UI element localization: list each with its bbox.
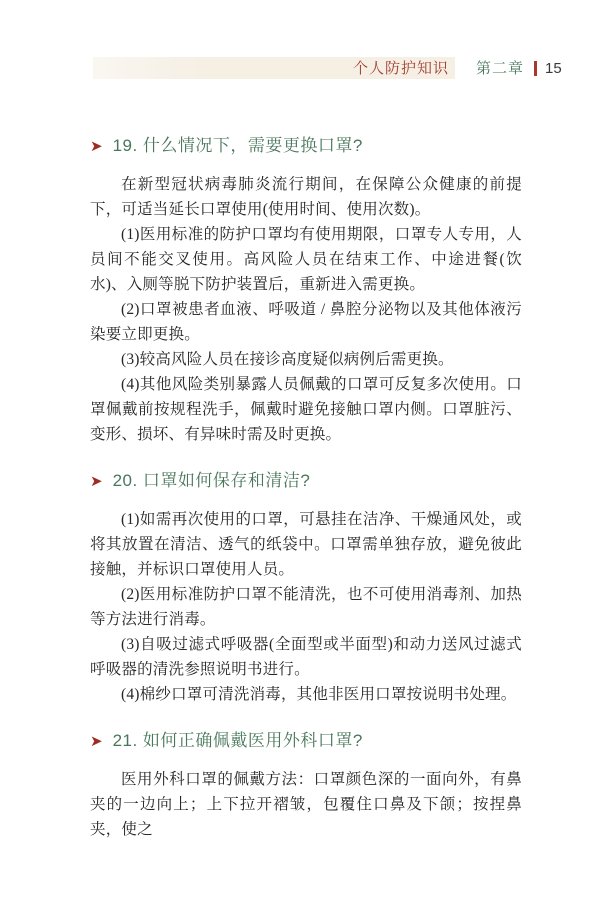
- header-page-number: 15: [545, 61, 562, 76]
- body-paragraph: (1)如需再次使用的口罩，可悬挂在洁净、干燥通风处，或将其放置在清洁、透气的纸袋…: [90, 507, 522, 582]
- section-heading: ➤ 19. 什么情况下，需要更换口罩?: [90, 134, 522, 158]
- arrow-right-icon: ➤: [90, 734, 103, 749]
- section-heading: ➤ 20. 口罩如何保存和清洁?: [90, 469, 522, 493]
- body-paragraph: (1)医用标准的防护口罩均有使用期限，口罩专人专用，人员间不能交叉使用。高风险人…: [90, 222, 522, 297]
- body-paragraph: (2)医用标准防护口罩不能清洗，也不可使用消毒剂、加热等方法进行消毒。: [90, 582, 522, 632]
- header-divider: [534, 61, 537, 76]
- body-paragraph: 在新型冠状病毒肺炎流行期间，在保障公众健康的前提下，可适当延长口罩使用(使用时间…: [90, 172, 522, 222]
- section-heading: ➤ 21. 如何正确佩戴医用外科口罩?: [90, 729, 522, 753]
- body-paragraph: (3)自吸过滤式呼吸器(全面型或半面型)和动力送风过滤式呼吸器的清洗参照说明书进…: [90, 632, 522, 682]
- header-section-title: 个人防护知识: [353, 61, 449, 76]
- qa-section: ➤ 19. 什么情况下，需要更换口罩? 在新型冠状病毒肺炎流行期间，在保障公众健…: [90, 134, 522, 447]
- section-title: 21. 如何正确佩戴医用外科口罩?: [113, 729, 363, 753]
- qa-section: ➤ 20. 口罩如何保存和清洁? (1)如需再次使用的口罩，可悬挂在洁净、干燥通…: [90, 469, 522, 707]
- section-title: 20. 口罩如何保存和清洁?: [113, 469, 311, 493]
- body-paragraph: 医用外科口罩的佩戴方法：口罩颜色深的一面向外，有鼻夹的一边向上；上下拉开褶皱，包…: [90, 767, 522, 842]
- body-paragraph: (4)棉纱口罩可清洗消毒，其他非医用口罩按说明书处理。: [90, 682, 522, 707]
- body-paragraph: (2)口罩被患者血液、呼吸道 / 鼻腔分泌物以及其他体液污染要立即更换。: [90, 297, 522, 347]
- header-title-bar: 个人防护知识: [93, 57, 455, 79]
- arrow-right-icon: ➤: [90, 474, 103, 489]
- arrow-right-icon: ➤: [90, 139, 103, 154]
- body-paragraph: (4)其他风险类别暴露人员佩戴的口罩可反复多次使用。口罩佩戴前按规程洗手，佩戴时…: [90, 372, 522, 447]
- qa-section-list: ➤ 19. 什么情况下，需要更换口罩? 在新型冠状病毒肺炎流行期间，在保障公众健…: [90, 134, 522, 842]
- page-content: ➤ 19. 什么情况下，需要更换口罩? 在新型冠状病毒肺炎流行期间，在保障公众健…: [90, 134, 522, 864]
- qa-section: ➤ 21. 如何正确佩戴医用外科口罩? 医用外科口罩的佩戴方法：口罩颜色深的一面…: [90, 729, 522, 842]
- section-title: 19. 什么情况下，需要更换口罩?: [113, 134, 363, 158]
- page-header: 个人防护知识 第二章 15: [93, 57, 570, 79]
- header-chapter-label: 第二章: [476, 61, 524, 76]
- body-paragraph: (3)较高风险人员在接诊高度疑似病例后需更换。: [90, 347, 522, 372]
